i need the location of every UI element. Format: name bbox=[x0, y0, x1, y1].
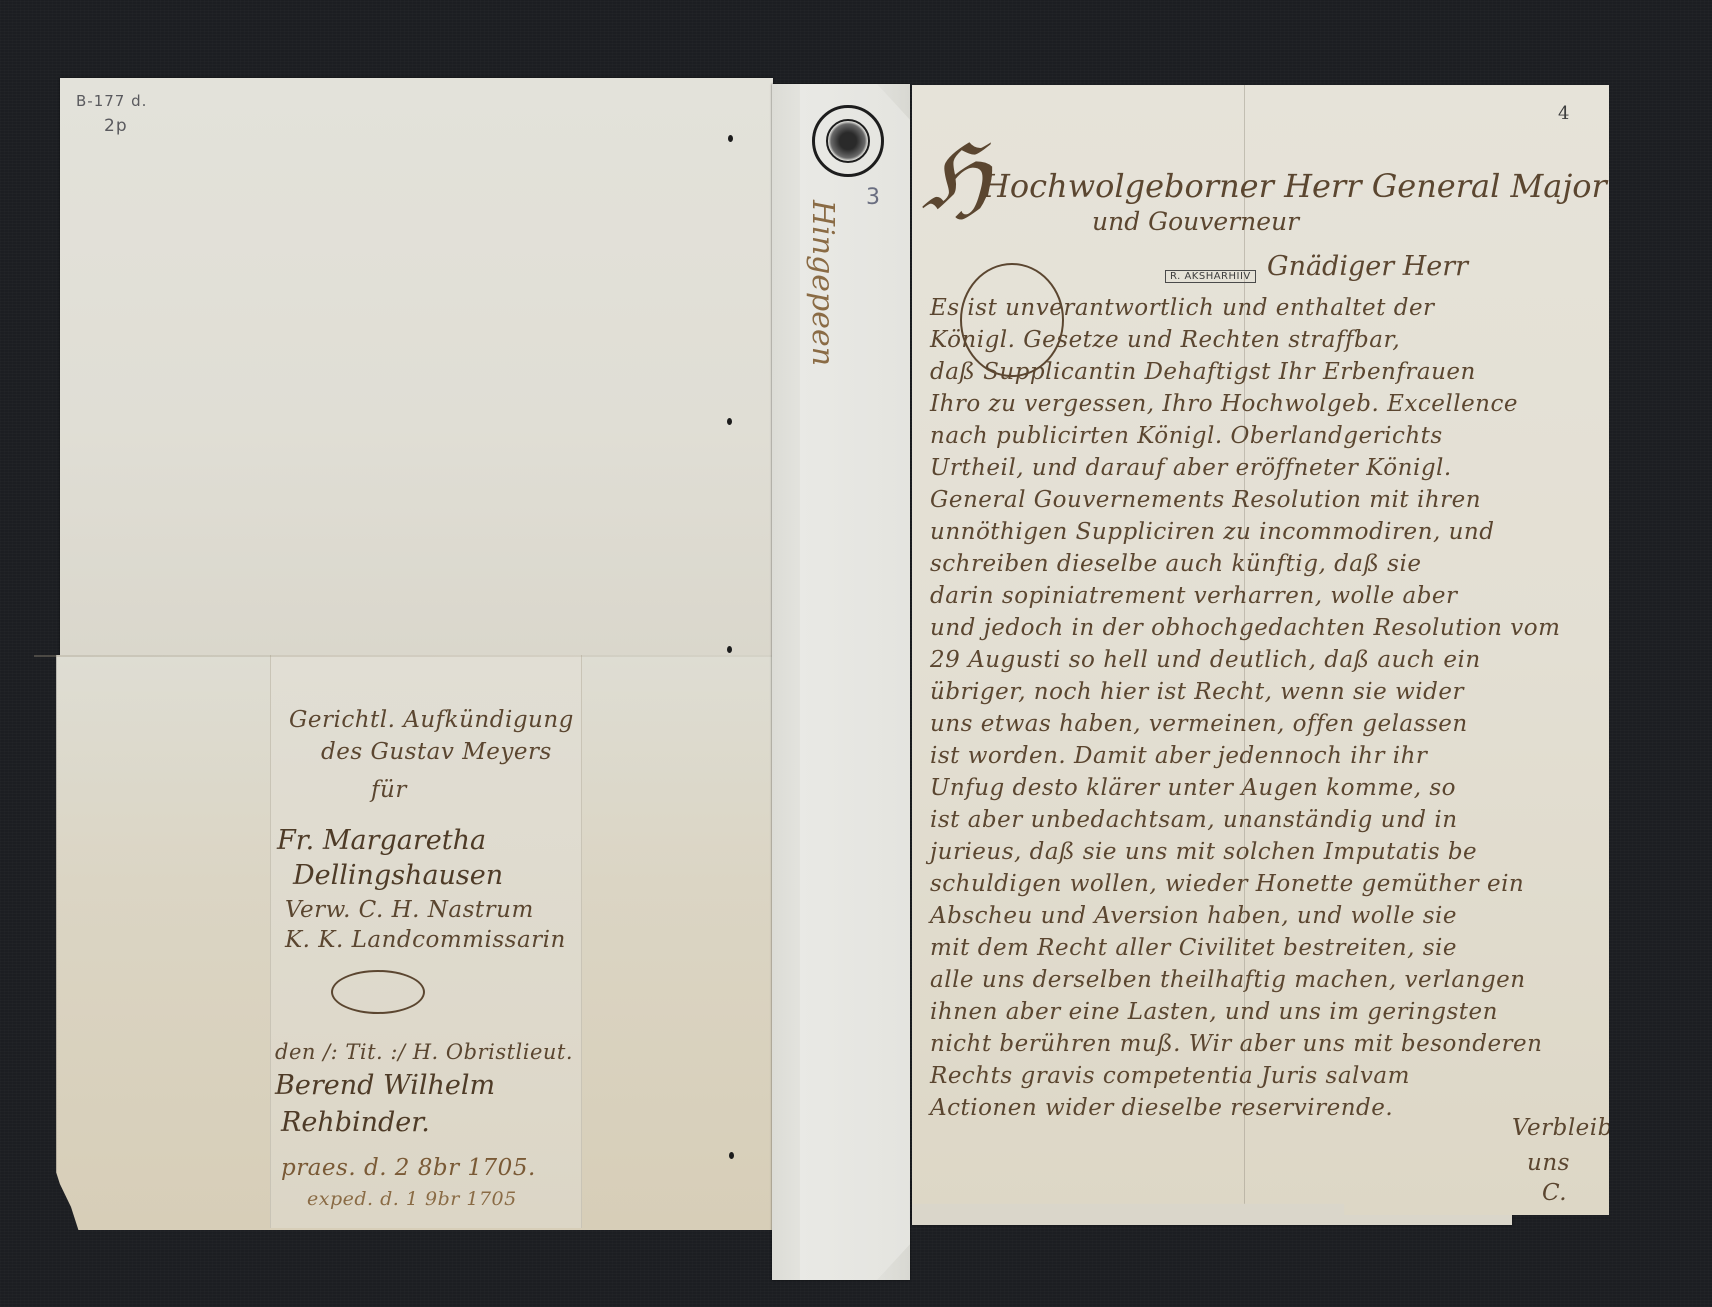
address-line: Gerichtl. Aufkündigung bbox=[289, 707, 574, 733]
body-line: nicht berühren muß. Wir aber uns mit bes… bbox=[930, 1031, 1590, 1063]
address-line: für bbox=[371, 777, 407, 803]
greeting: Gnädiger Herr bbox=[1267, 251, 1468, 282]
recipient-line: Berend Wilhelm bbox=[275, 1070, 495, 1101]
salutation-line: und Gouverneur bbox=[1092, 207, 1299, 236]
ink-flourish bbox=[331, 970, 425, 1014]
address-line: K. K. Landcommissarin bbox=[285, 927, 566, 953]
salutation-line: Hochwolgeborner Herr General Major bbox=[982, 167, 1607, 205]
body-line: schreiben dieselbe auch künftig, daß sie bbox=[930, 551, 1590, 583]
archive-round-stamp bbox=[812, 105, 884, 177]
closing-line: C. bbox=[1542, 1180, 1567, 1206]
page-count-note: 2p bbox=[104, 116, 128, 136]
binding-hole bbox=[728, 135, 733, 142]
body-line: nach publicirten Königl. Oberlandgericht… bbox=[930, 423, 1590, 455]
body-line: Es ist unverantwortlich und enthaltet de… bbox=[930, 295, 1590, 327]
body-line: uns etwas haben, vermeinen, offen gelass… bbox=[930, 711, 1590, 743]
spine-pencil-number: 3 bbox=[866, 185, 881, 210]
body-line: Rechts gravis competentia Juris salvam bbox=[930, 1063, 1590, 1095]
body-line: ihnen aber eine Lasten, und uns im gerin… bbox=[930, 999, 1590, 1031]
body-line: 29 Augusti so hell und deutlich, daß auc… bbox=[930, 647, 1590, 679]
recipient-line: Rehbinder. bbox=[281, 1107, 430, 1138]
closing-line: uns bbox=[1527, 1150, 1570, 1176]
address-line: Verw. C. H. Nastrum bbox=[285, 897, 534, 923]
date-line: praes. d. 2 8br 1705. bbox=[281, 1155, 536, 1181]
archive-rectangular-stamp: R. AKSHARHIIV bbox=[1165, 270, 1256, 283]
body-line: General Gouvernements Resolution mit ihr… bbox=[930, 487, 1590, 519]
address-cover-panel: Gerichtl. Aufkündigung des Gustav Meyers… bbox=[270, 655, 582, 1228]
body-line: Abscheu und Aversion haben, und wolle si… bbox=[930, 903, 1590, 935]
spine-vertical-label: Hingepeen bbox=[805, 200, 840, 366]
left-sheet-upper-panel: B-177 d. 2p bbox=[60, 78, 773, 656]
body-line: ist aber unbedachtsam, unanständig und i… bbox=[930, 807, 1590, 839]
recipient-line: den /: Tit. :/ H. Obristlieut. bbox=[275, 1040, 573, 1064]
address-line: des Gustav Meyers bbox=[321, 739, 552, 765]
body-line: Urtheil, und darauf aber eröffneter Köni… bbox=[930, 455, 1590, 487]
binding-hole bbox=[727, 646, 732, 653]
body-line: daß Supplicantin Dehaftigst Ihr Erbenfra… bbox=[930, 359, 1590, 391]
address-line: Dellingshausen bbox=[293, 860, 503, 891]
body-line: Ihro zu vergessen, Ihro Hochwolgeb. Exce… bbox=[930, 391, 1590, 423]
address-line: Fr. Margaretha bbox=[277, 825, 486, 856]
body-line: Actionen wider dieselbe reservirende. bbox=[930, 1095, 1590, 1127]
body-line: übriger, noch hier ist Recht, wenn sie w… bbox=[930, 679, 1590, 711]
archive-reference: B-177 d. bbox=[76, 92, 147, 110]
body-line: schuldigen wollen, wieder Honette gemüth… bbox=[930, 871, 1590, 903]
body-line: mit dem Recht aller Civilitet bestreiten… bbox=[930, 935, 1590, 967]
letter-page: 4 ℌ Hochwolgeborner Herr General Major u… bbox=[912, 85, 1609, 1215]
body-line: unnöthigen Suppliciren zu incommodiren, … bbox=[930, 519, 1590, 551]
body-line: und jedoch in der obhochgedachten Resolu… bbox=[930, 615, 1590, 647]
folio-number: 4 bbox=[1558, 103, 1569, 124]
binding-hole bbox=[729, 1152, 734, 1159]
letter-body: Es ist unverantwortlich und enthaltet de… bbox=[930, 295, 1590, 1127]
body-line: darin sopiniatrement verharren, wolle ab… bbox=[930, 583, 1590, 615]
body-line: ist worden. Damit aber jedennoch ihr ihr bbox=[930, 743, 1590, 775]
body-line: Unfug desto klärer unter Augen komme, so bbox=[930, 775, 1590, 807]
date-line: exped. d. 1 9br 1705 bbox=[307, 1188, 517, 1210]
initial-capital-flourish: ℌ bbox=[922, 125, 990, 230]
fold-crease bbox=[34, 655, 774, 657]
body-line: alle uns derselben theilhaftig machen, v… bbox=[930, 967, 1590, 999]
closing-line: Verbleib bbox=[1512, 1115, 1613, 1141]
body-line: Königl. Gesetze und Rechten straffbar, bbox=[930, 327, 1590, 359]
stamp-emblem-icon bbox=[826, 119, 870, 163]
binding-hole bbox=[727, 418, 732, 425]
body-line: jurieus, daß sie uns mit solchen Imputat… bbox=[930, 839, 1590, 871]
